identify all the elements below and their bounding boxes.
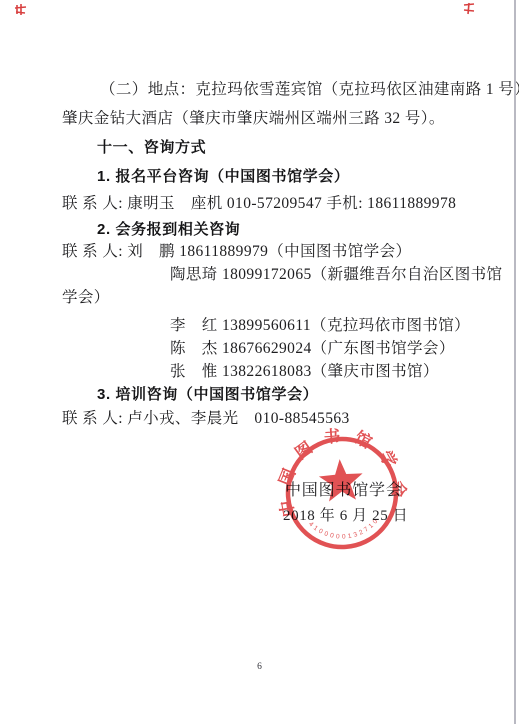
red-stamp-artifact-right — [462, 2, 476, 15]
contact-chen-jie: 陈 杰 18676629024（广东图书馆学会） — [170, 340, 455, 358]
contact-li-hong: 李 红 13899560611（克拉玛依市图书馆） — [170, 317, 470, 335]
page-number: 6 — [0, 662, 519, 672]
contact-tao-siqi: 陶思琦 18099172065（新疆维吾尔自治区图书馆 — [170, 266, 502, 284]
item3-contact: 联 系 人: 卢小戎、李晨光 010-88545563 — [62, 410, 350, 428]
official-seal: 中国图书馆学会 4100000132710 — [272, 423, 413, 564]
contact-zhang-wei: 张 惟 13822618083（肇庆市图书馆） — [170, 363, 439, 381]
venue-line-1: （二）地点：克拉玛依雪莲宾馆（克拉玛依区油建南路 1 号）、 — [100, 81, 519, 99]
item1-contact: 联 系 人: 康明玉 座机 010-57209547 手机: 186118899… — [62, 195, 456, 213]
section-heading: 十一、咨询方式 — [97, 139, 206, 157]
venue-line-2: 肇庆金钻大酒店（肇庆市肇庆端州区端州三路 32 号）。 — [62, 110, 445, 128]
seal-star-icon — [318, 458, 365, 503]
item1-heading: 1. 报名平台咨询（中国图书馆学会） — [97, 168, 349, 186]
item2-heading: 2. 会务报到相关咨询 — [97, 221, 240, 239]
contact-tao-cont: 学会） — [62, 289, 110, 307]
contact-liu-peng: 联 系 人: 刘 鹏 18611889979（中国图书馆学会） — [62, 243, 411, 261]
red-stamp-artifact-left — [14, 3, 28, 16]
right-edge-rule — [514, 0, 516, 724]
item3-heading: 3. 培训咨询（中国图书馆学会） — [97, 386, 318, 404]
document-page: （二）地点：克拉玛依雪莲宾馆（克拉玛依区油建南路 1 号）、 肇庆金钻大酒店（肇… — [0, 0, 519, 724]
